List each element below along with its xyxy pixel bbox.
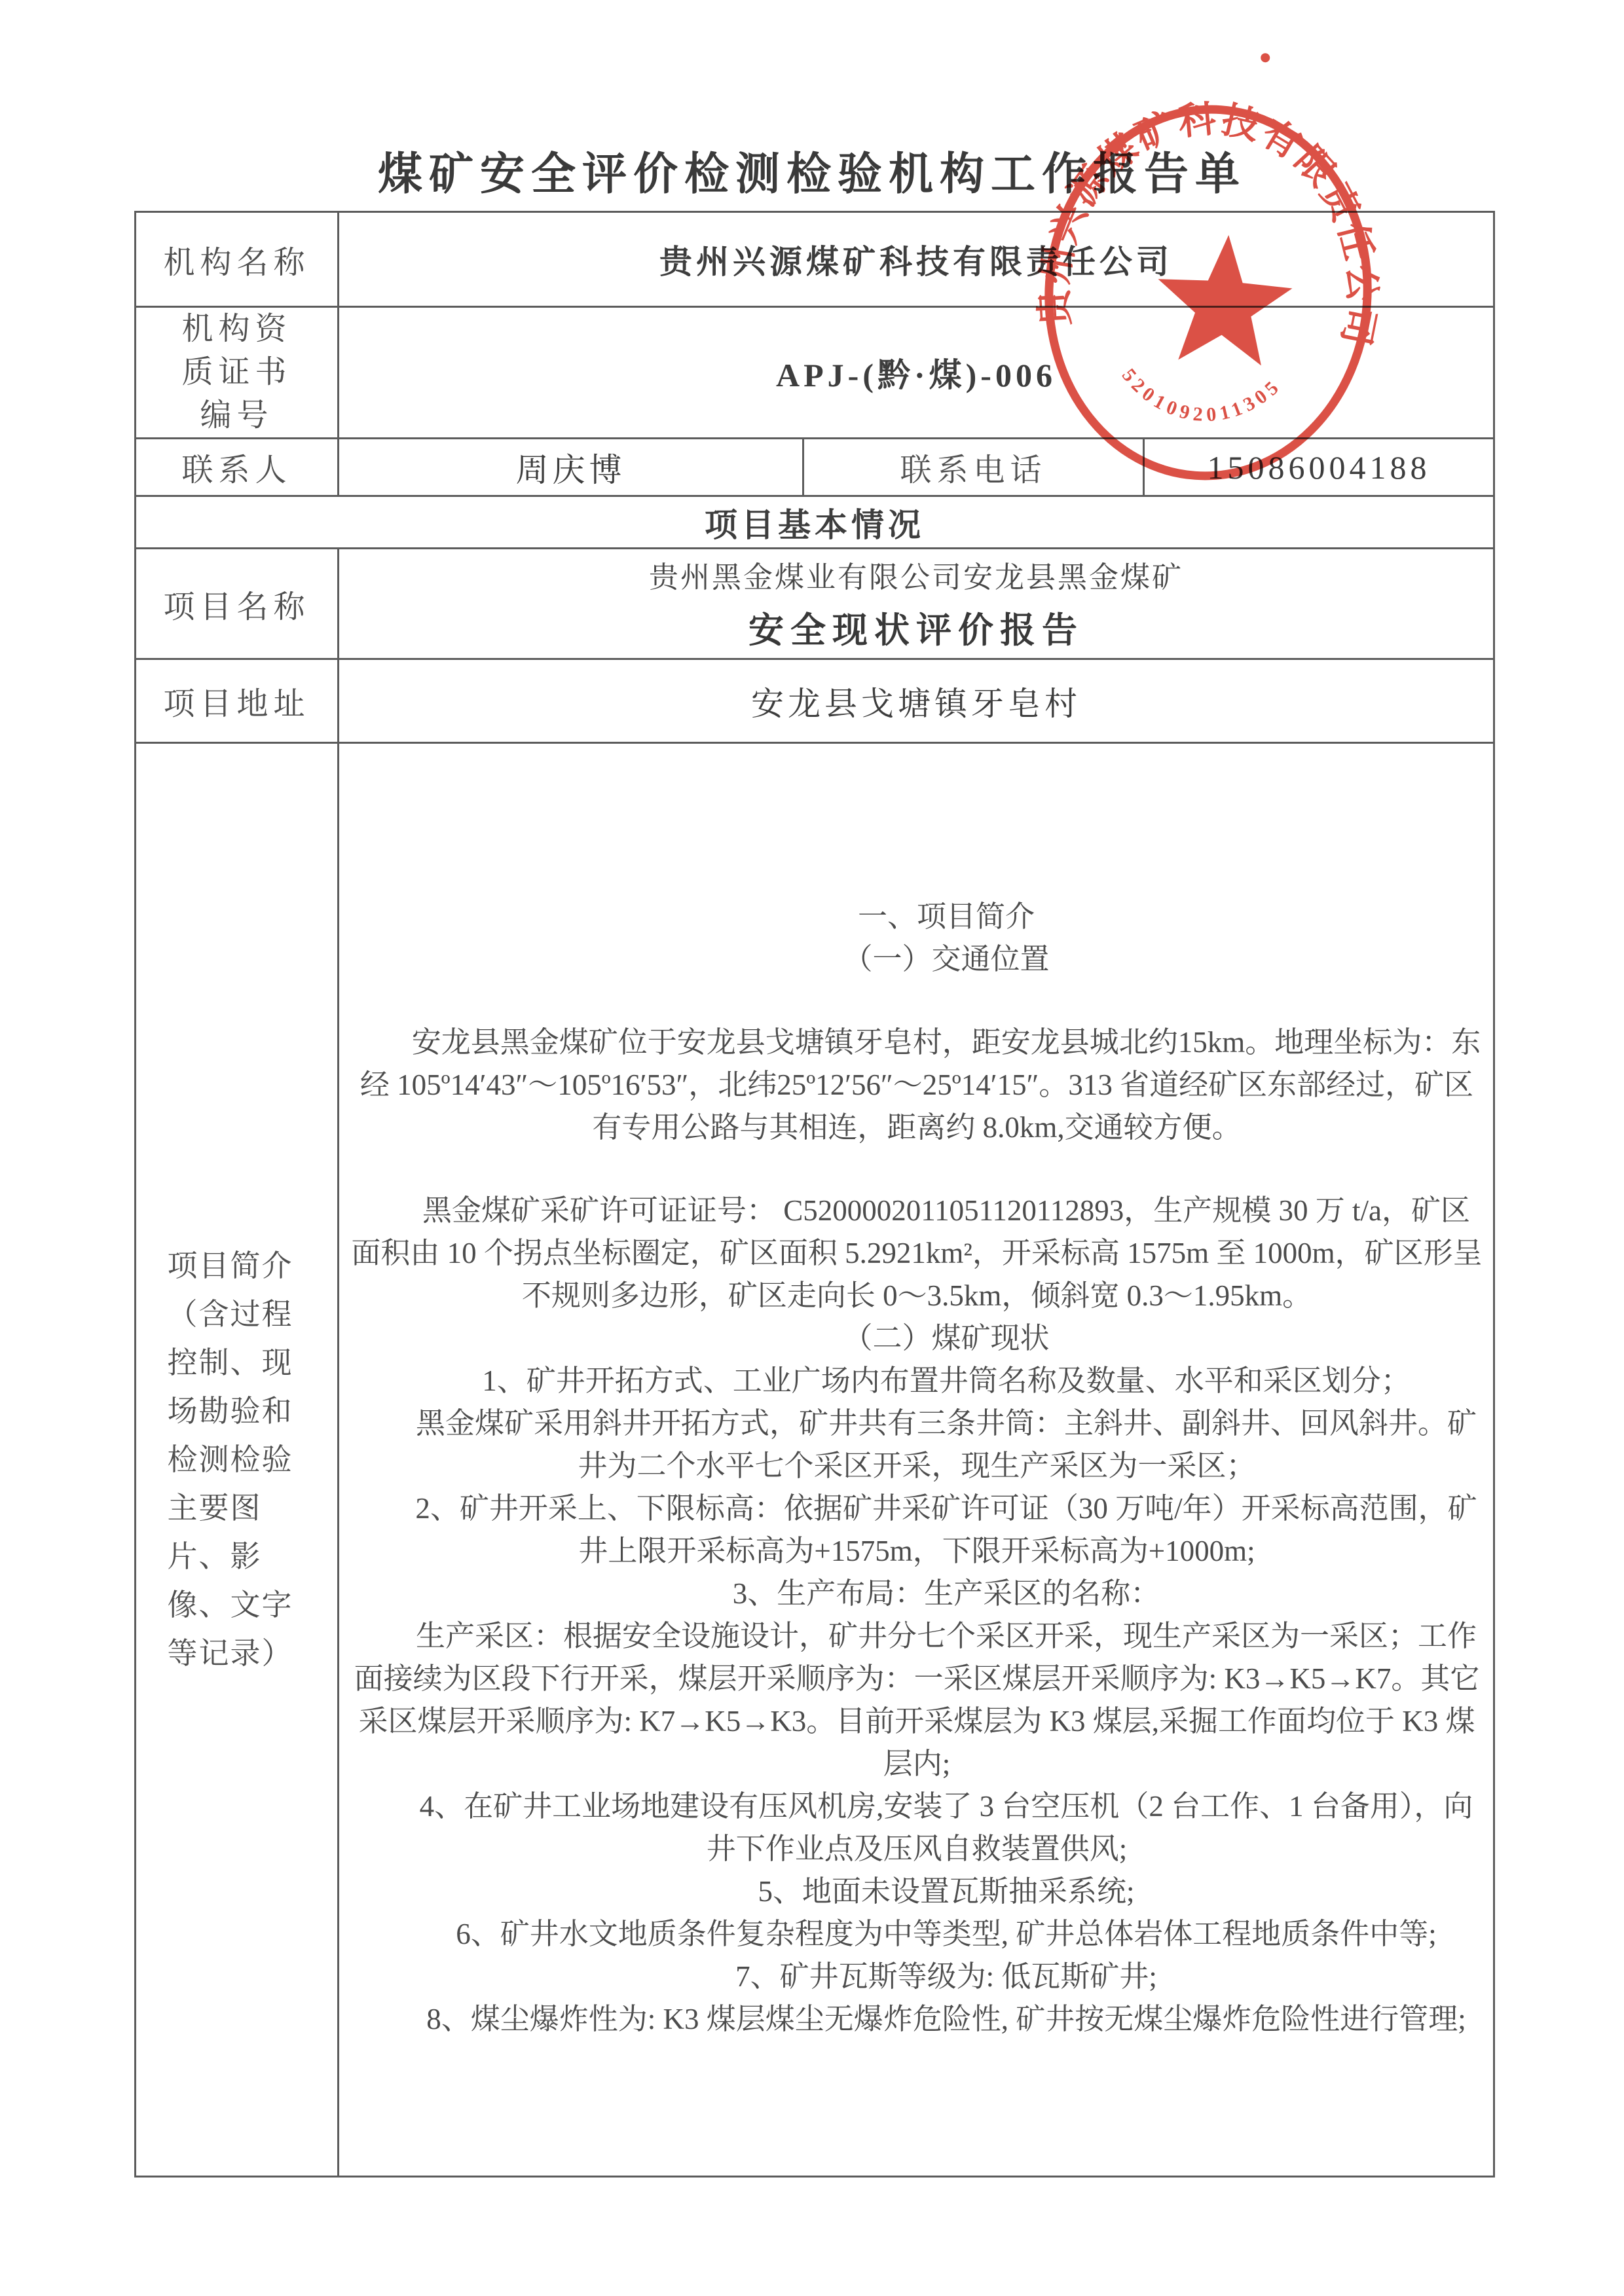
contact-phone-label: 联系电话 [803,439,1144,496]
table-row: 机构名称 贵州兴源煤矿科技有限责任公司 [136,212,1494,307]
org-name-label: 机构名称 [136,212,339,307]
table-row: 联系人 周庆博 联系电话 15086004188 [136,439,1494,496]
table-row: 项目地址 安龙县戈塘镇牙皂村 [136,659,1494,743]
table-row: 项目名称 贵州黑金煤业有限公司安龙县黑金煤矿 安全现状评价报告 [136,549,1494,659]
report-form-table: 机构名称 贵州兴源煤矿科技有限责任公司 机构资质证书编号 APJ-(黔·煤)-0… [134,211,1495,2178]
project-intro-label: 项目简介（含过程控制、现场勘验和检测检验主要图片、影像、文字等记录） [136,743,339,2177]
seal-ink-dot [1261,53,1270,63]
project-name-line1: 贵州黑金煤业有限公司安龙县黑金煤矿 [339,553,1493,596]
cert-number-value: APJ-(黔·煤)-006 [339,307,1494,439]
project-name-line2: 安全现状评价报告 [339,602,1493,653]
intro-paragraph: （二）煤矿现状 [351,1317,1483,1360]
contact-person-label: 联系人 [136,439,339,496]
cert-number-label: 机构资质证书编号 [136,307,339,439]
intro-paragraph: 8、煤尘爆炸性为: K3 煤层煤尘无爆炸危险性, 矿井按无煤尘爆炸危险性进行管理… [351,1998,1483,2041]
intro-paragraph: 黑金煤矿采用斜井开拓方式，矿井共有三条井筒：主斜井、副斜井、回风斜井。矿井为二个… [351,1402,1483,1487]
intro-paragraph: 2、矿井开采上、下限标高：依据矿井采矿许可证（30 万吨/年）开采标高范围，矿井… [351,1487,1483,1573]
intro-paragraph: 4、在矿井工业场地建设有压风机房,安装了 3 台空压机（2 台工作、1 台备用）… [351,1785,1483,1870]
org-name-value: 贵州兴源煤矿科技有限责任公司 [339,212,1494,307]
intro-paragraph: 1、矿井开拓方式、工业广场内布置井筒名称及数量、水平和采区划分； [351,1360,1483,1402]
project-intro-text: 一、项目简介（一）交通位置安龙县黑金煤矿位于安龙县戈塘镇牙皂村，距安龙县城北约1… [339,879,1493,2041]
project-address-value: 安龙县戈塘镇牙皂村 [339,659,1494,743]
contact-person-value: 周庆博 [339,439,803,496]
intro-paragraph: 一、项目简介 [351,896,1483,938]
intro-paragraph: 3、生产布局：生产采区的名称： [351,1573,1483,1615]
intro-paragraph: 6、矿井水文地质条件复杂程度为中等类型, 矿井总体岩体工程地质条件中等; [351,1913,1483,1956]
intro-paragraph: 7、矿井瓦斯等级为: 低瓦斯矿井; [351,1956,1483,1998]
intro-paragraph: （一）交通位置 [351,938,1483,981]
table-row: 机构资质证书编号 APJ-(黔·煤)-006 [136,307,1494,439]
page-title: 煤矿安全评价检测检验机构工作报告单 [0,139,1624,202]
table-row: 项目基本情况 [136,496,1494,549]
scanned-report-page: 煤矿安全评价检测检验机构工作报告单 机构名称 贵州兴源煤矿科技有限责任公司 机构… [0,0,1624,2296]
contact-phone-value: 15086004188 [1144,439,1494,496]
intro-paragraph: 生产采区：根据安全设施设计，矿井分七个采区开采，现生产采区为一采区；工作面接续为… [351,1615,1483,1785]
project-name-value: 贵州黑金煤业有限公司安龙县黑金煤矿 安全现状评价报告 [339,549,1494,659]
table-row: 项目简介（含过程控制、现场勘验和检测检验主要图片、影像、文字等记录） 一、项目简… [136,743,1494,2177]
section-header-project-basic-info: 项目基本情况 [136,496,1494,549]
project-name-label: 项目名称 [136,549,339,659]
project-intro-cell: 一、项目简介（一）交通位置安龙县黑金煤矿位于安龙县戈塘镇牙皂村，距安龙县城北约1… [339,743,1494,2177]
intro-paragraph: 安龙县黑金煤矿位于安龙县戈塘镇牙皂村，距安龙县城北约15km。地理坐标为：东经 … [351,1021,1483,1149]
project-address-label: 项目地址 [136,659,339,743]
intro-paragraph: 黑金煤矿采矿许可证证号： C5200002011051120112893，生产规… [351,1190,1483,1317]
intro-paragraph: 5、地面未设置瓦斯抽采系统; [351,1870,1483,1913]
